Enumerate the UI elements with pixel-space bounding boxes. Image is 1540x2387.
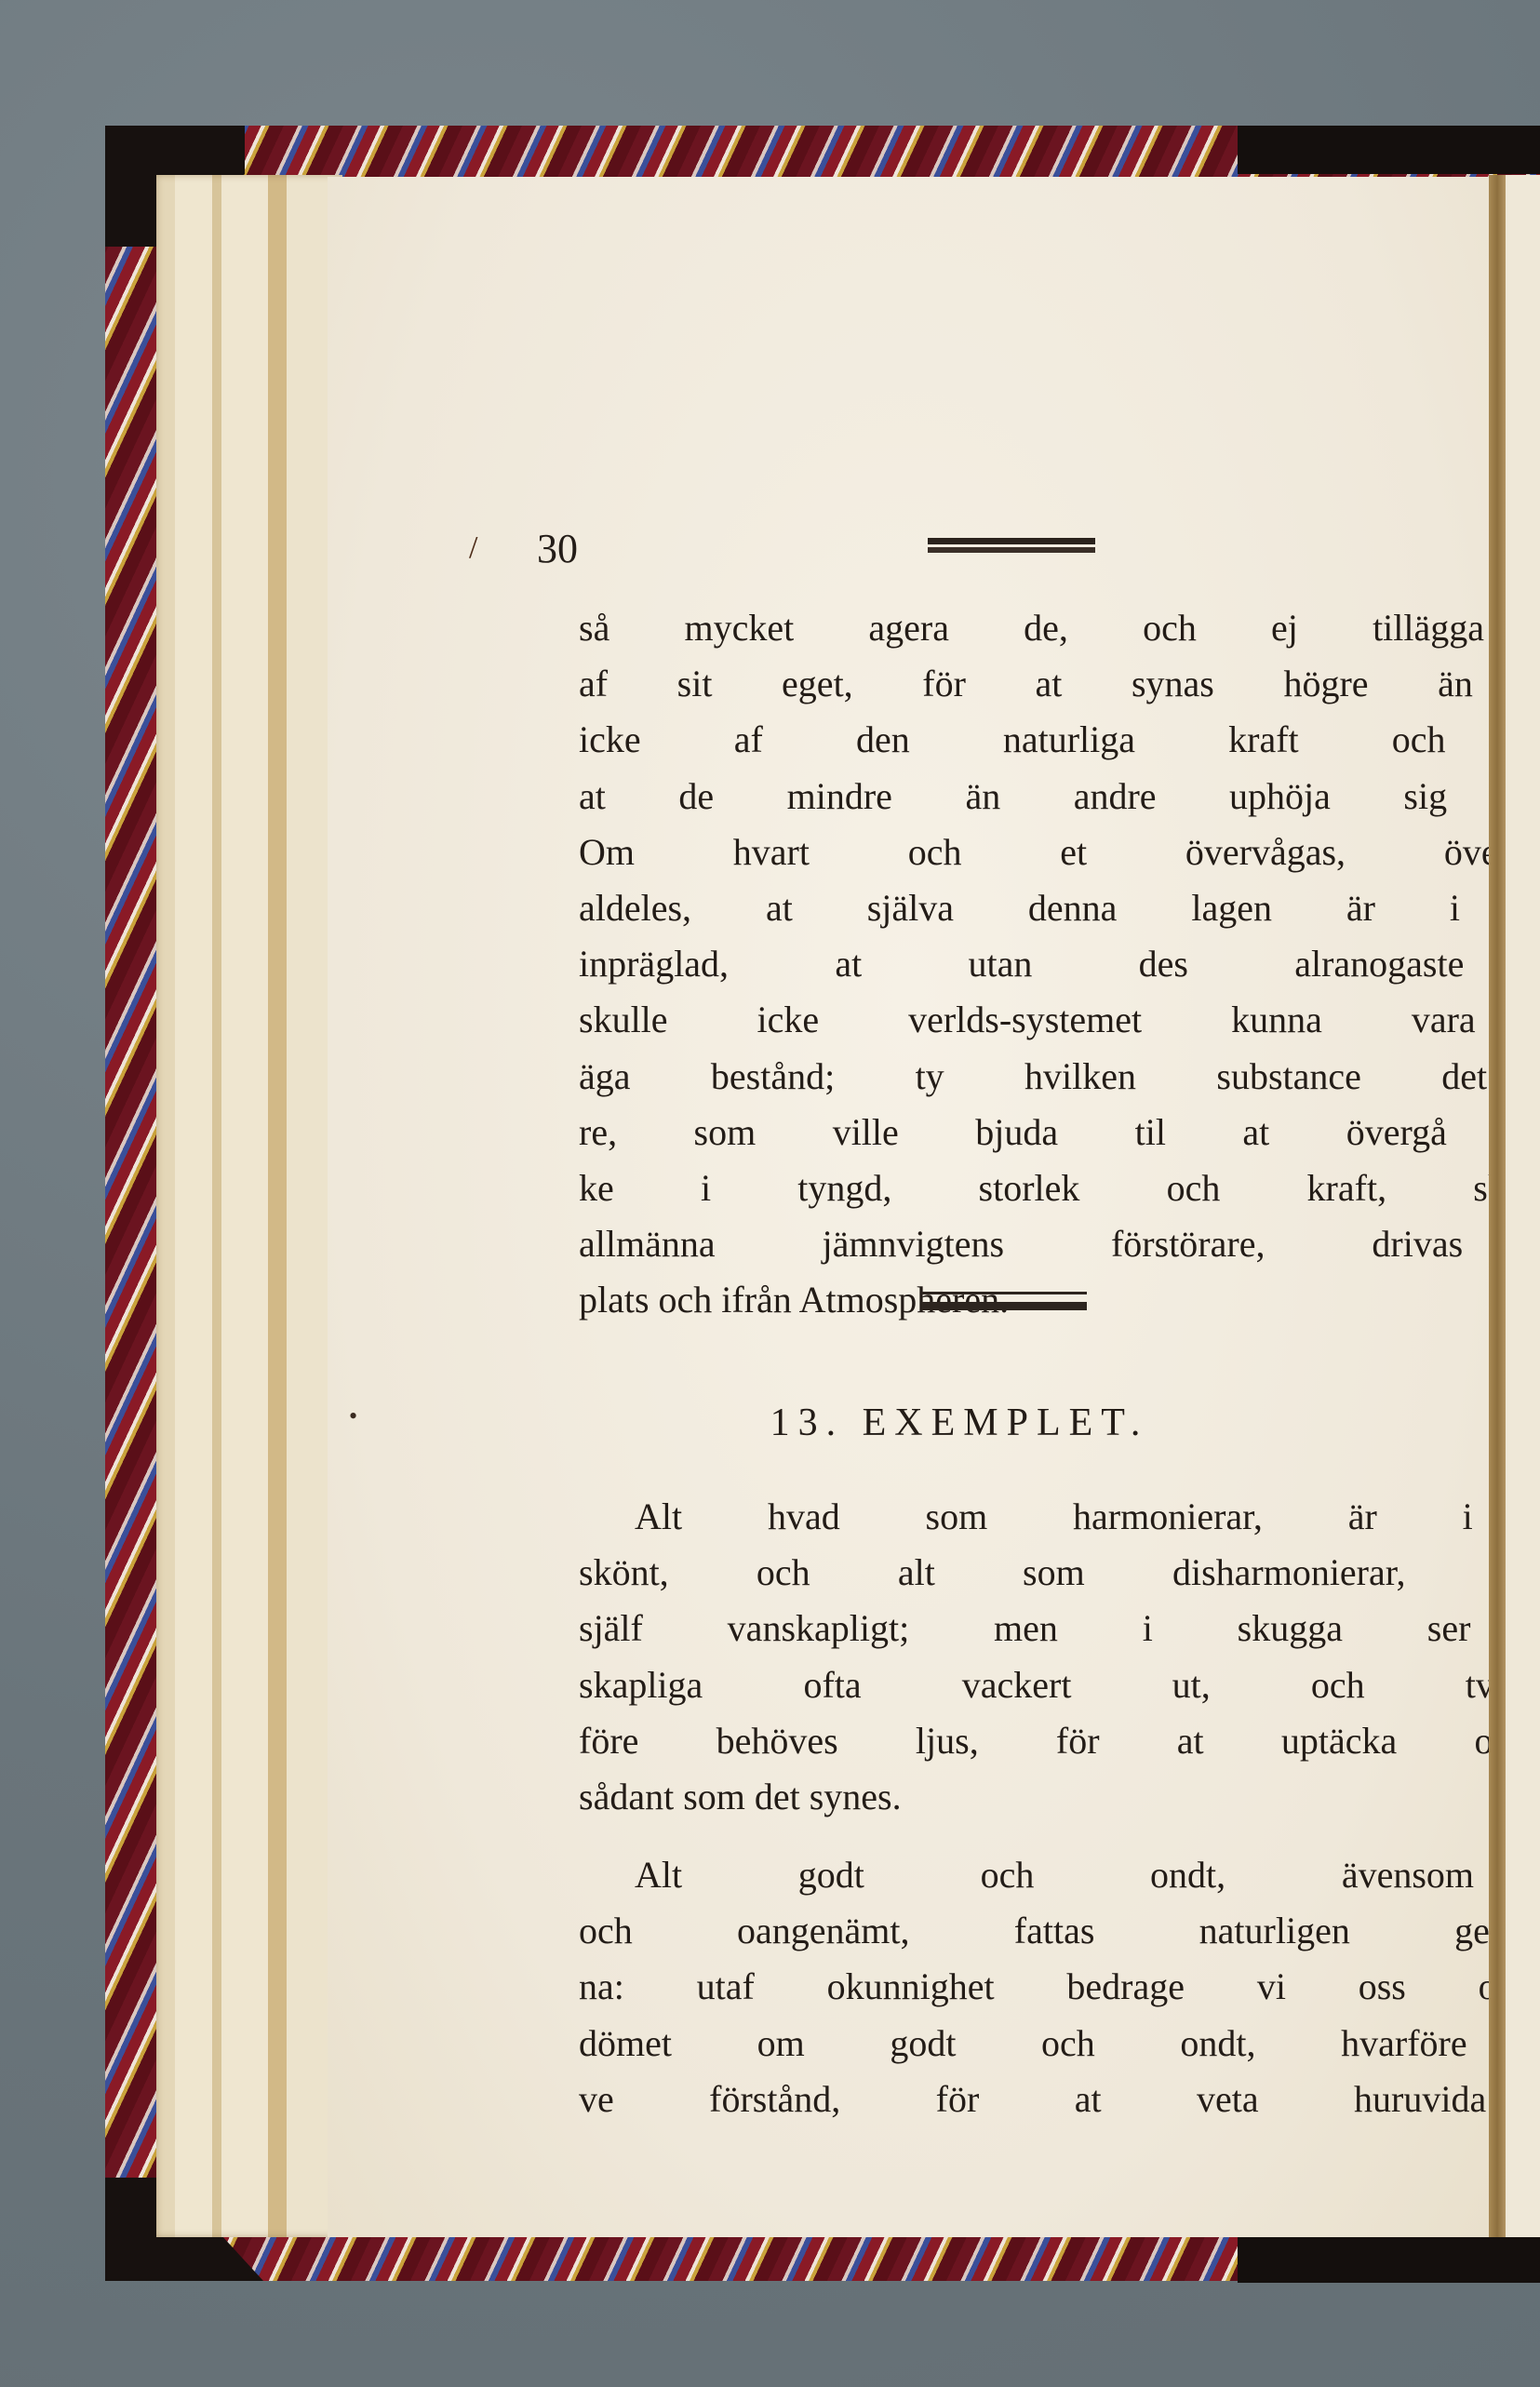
facing-page-edge (1506, 175, 1540, 2237)
text-line: Om hvart och et övervågas, övertygas man (579, 825, 1540, 880)
margin-mark: / (469, 530, 477, 566)
text-line: dömet om godt och ondt, hvarföre vi behö… (579, 2016, 1540, 2072)
page-number: 30 (537, 525, 578, 572)
text-line: sådant som det synes. (579, 1769, 1540, 1825)
section-divider (921, 1292, 1087, 1310)
text-line: na: utaf okunnighet bedrage vi oss ofta … (579, 1959, 1540, 2015)
text-line: re, som ville bjuda til at övergå sin jä… (579, 1105, 1540, 1160)
divider-thick-rule (921, 1302, 1087, 1310)
text-line: Alt hvad som harmonierar, är i sig själf (579, 1489, 1540, 1545)
text-line: äga bestånd; ty hvilken substance det oc… (579, 1049, 1540, 1105)
book-page: / 30 så mycket agera de, och ej tillägga… (328, 177, 1489, 2237)
text-line: at de mindre än andre uphöja sig över an… (579, 769, 1540, 825)
text-line: af sit eget, för at synas högre än andre… (579, 656, 1540, 712)
paragraph-good-evil: Alt godt och ondt, ävensom förnöjsamt oc… (579, 1847, 1540, 2127)
paragraph-continuation: så mycket agera de, och ej tillägga de n… (579, 600, 1540, 1329)
page-stack-edge (156, 175, 342, 2237)
text-line: själf vanskapligt; men i skugga ser det … (579, 1601, 1540, 1656)
text-line: skulle icke verlds-systemet kunna vara t… (579, 992, 1540, 1048)
page-content: / 30 så mycket agera de, och ej tillägga… (328, 177, 1489, 2237)
page-gutter (1489, 175, 1506, 2237)
text-line: och oangenämt, fattas naturligen genom s… (579, 1903, 1540, 1959)
text-line: allmänna jämnvigtens förstörare, drivas … (579, 1216, 1540, 1272)
paragraph-harmony: Alt hvad som harmonierar, är i sig själf… (579, 1489, 1540, 1825)
text-line: ke i tyngd, storlek och kraft, skulle, s… (579, 1160, 1540, 1216)
text-line: aldeles, at själva denna lagen är i natu… (579, 880, 1540, 936)
header-rule (928, 538, 1095, 547)
text-line: icke af den naturliga kraft och fullkoml… (579, 712, 1540, 768)
text-line: ve förstånd, för at veta huruvida det är (579, 2072, 1540, 2127)
leather-spine-top (1238, 126, 1540, 174)
leather-spine-bottom (1238, 2236, 1540, 2283)
section-heading: 13. EXEMPLET. (328, 1401, 1489, 1445)
text-line: Alt godt och ondt, ävensom förnöjsamt (579, 1847, 1540, 1903)
text-line: inpräglad, at utan des alranogaste iaktt… (579, 936, 1540, 992)
divider-thin-rule (921, 1292, 1087, 1294)
running-head: / 30 (328, 521, 1489, 577)
text-line: skapliga ofta vackert ut, och tvärtom; d… (579, 1657, 1540, 1713)
text-line: så mycket agera de, och ej tillägga de n… (579, 600, 1540, 656)
text-line: före behöves ljus, för at uptäcka om det… (579, 1713, 1540, 1769)
text-line: skönt, och alt som disharmonierar, är i … (579, 1545, 1540, 1601)
